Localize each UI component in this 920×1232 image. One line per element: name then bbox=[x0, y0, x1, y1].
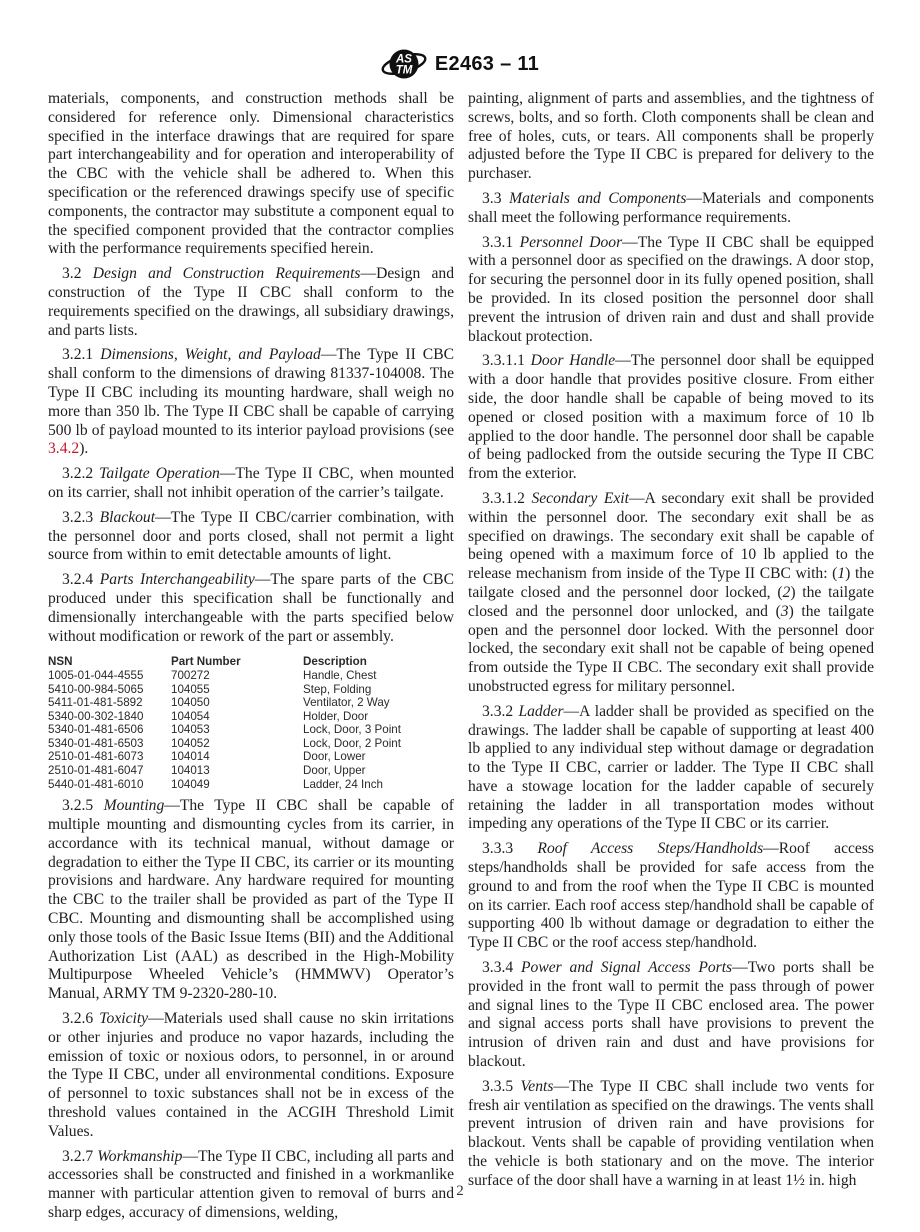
parts-table-cell: 5440-01-481-6010 bbox=[48, 778, 171, 792]
parts-table-cell: 5340-00-302-1840 bbox=[48, 710, 171, 724]
section-title-italic: Power and Signal Access Ports bbox=[521, 959, 732, 976]
document-body: materials, components, and construction … bbox=[48, 90, 874, 1223]
section-3-3-2-paragraph: 3.3.2 Ladder—A ladder shall be provided … bbox=[468, 703, 874, 835]
continuation-paragraph: materials, components, and construction … bbox=[48, 90, 454, 259]
body-text: 3.3 bbox=[482, 190, 509, 207]
parts-table-row: 5340-00-302-1840104054Holder, Door bbox=[48, 710, 454, 724]
section-title-italic: Door Handle bbox=[531, 352, 616, 369]
section-3-2-6-paragraph: 3.2.6 Toxicity—Materials used shall caus… bbox=[48, 1010, 454, 1142]
parts-table-cell: 104049 bbox=[171, 778, 303, 792]
continuation-paragraph: painting, alignment of parts and assembl… bbox=[468, 90, 874, 184]
parts-table-cell: 104054 bbox=[171, 710, 303, 724]
body-text: 3.2.5 bbox=[62, 797, 104, 814]
section-title-italic: Dimensions, Weight, and Payload bbox=[100, 346, 321, 363]
section-title-italic: Toxicity bbox=[99, 1010, 148, 1027]
parts-table-cell: 5410-00-984-5065 bbox=[48, 683, 171, 697]
section-title-italic: Mounting bbox=[104, 797, 165, 814]
body-text: ). bbox=[79, 440, 88, 457]
parts-table-cell: 5340-01-481-6503 bbox=[48, 737, 171, 751]
section-title-italic: Vents bbox=[521, 1078, 554, 1095]
body-text: 3.2.2 bbox=[62, 465, 99, 482]
parts-table-cell: 104055 bbox=[171, 683, 303, 697]
body-text: materials, components, and construction … bbox=[48, 90, 454, 257]
parts-table-cell: 1005-01-044-4555 bbox=[48, 669, 171, 683]
body-text: 3.3.1.2 bbox=[482, 490, 531, 507]
document-page: AS TM E2463 – 11 materials, components, … bbox=[0, 0, 920, 1232]
parts-table-cell: 104050 bbox=[171, 696, 303, 710]
body-text: 3.2 bbox=[62, 265, 93, 282]
parts-table-row: 2510-01-481-6047104013Door, Upper bbox=[48, 764, 454, 778]
section-title-italic: Blackout bbox=[100, 509, 155, 526]
parts-table-header-cell: Description bbox=[303, 655, 454, 669]
section-3-3-1-1-paragraph: 3.3.1.1 Door Handle—The personnel door s… bbox=[468, 352, 874, 484]
section-3-2-5-paragraph: 3.2.5 Mounting—The Type II CBC shall be … bbox=[48, 797, 454, 1004]
astm-logo-text-bottom: TM bbox=[396, 65, 413, 77]
section-3-2-4-paragraph: 3.2.4 Parts Interchangeability—The spare… bbox=[48, 571, 454, 646]
parts-table-cell: Ventilator, 2 Way bbox=[303, 696, 454, 710]
parts-table-cell: 2510-01-481-6073 bbox=[48, 750, 171, 764]
page-number: 2 bbox=[456, 1183, 464, 1199]
parts-table-cell: Lock, Door, 2 Point bbox=[303, 737, 454, 751]
parts-table-header-cell: NSN bbox=[48, 655, 171, 669]
right-column: painting, alignment of parts and assembl… bbox=[468, 90, 874, 1223]
section-title-italic: 1 bbox=[837, 565, 845, 582]
section-title-italic: Personnel Door bbox=[520, 234, 623, 251]
body-text: 3.3.3 bbox=[482, 840, 537, 857]
parts-table: NSNPart NumberDescription1005-01-044-455… bbox=[48, 655, 454, 791]
body-text: 3.3.1.1 bbox=[482, 352, 531, 369]
body-text: —The personnel door shall be equipped wi… bbox=[468, 352, 874, 482]
section-title-italic: Roof Access Steps/Handholds bbox=[537, 840, 763, 857]
section-3-3-3-paragraph: 3.3.3 Roof Access Steps/Handholds—Roof a… bbox=[468, 840, 874, 953]
parts-table-cell: 5411-01-481-5892 bbox=[48, 696, 171, 710]
page-header: AS TM E2463 – 11 bbox=[0, 44, 920, 84]
body-text: 3.3.2 bbox=[482, 703, 518, 720]
parts-table-cell: Holder, Door bbox=[303, 710, 454, 724]
cross-reference-link[interactable]: 3.4.2 bbox=[48, 440, 79, 457]
parts-table-cell: 104053 bbox=[171, 723, 303, 737]
parts-table-row: 5440-01-481-6010104049Ladder, 24 Inch bbox=[48, 778, 454, 792]
section-3-3-paragraph: 3.3 Materials and Components—Materials a… bbox=[468, 190, 874, 228]
body-text: —A ladder shall be provided as specified… bbox=[468, 703, 874, 833]
parts-table-cell: 2510-01-481-6047 bbox=[48, 764, 171, 778]
parts-table-row: 5340-01-481-6503104052Lock, Door, 2 Poin… bbox=[48, 737, 454, 751]
parts-table-row: 1005-01-044-4555700272Handle, Chest bbox=[48, 669, 454, 683]
parts-table-cell: Step, Folding bbox=[303, 683, 454, 697]
section-3-3-1-2-paragraph: 3.3.1.2 Secondary Exit—A secondary exit … bbox=[468, 490, 874, 697]
parts-table-cell: Ladder, 24 Inch bbox=[303, 778, 454, 792]
document-code: E2463 – 11 bbox=[435, 53, 539, 76]
parts-table-cell: 104014 bbox=[171, 750, 303, 764]
body-text: painting, alignment of parts and assembl… bbox=[468, 90, 874, 182]
body-text: 3.2.7 bbox=[62, 1148, 97, 1165]
parts-table-row: 5411-01-481-5892104050Ventilator, 2 Way bbox=[48, 696, 454, 710]
parts-table-row: 2510-01-481-6073104014Door, Lower bbox=[48, 750, 454, 764]
parts-table-header-row: NSNPart NumberDescription bbox=[48, 655, 454, 669]
parts-table-cell: 5340-01-481-6506 bbox=[48, 723, 171, 737]
page-footer: 2 bbox=[0, 1183, 920, 1200]
parts-table-cell: 104052 bbox=[171, 737, 303, 751]
body-text: 3.2.6 bbox=[62, 1010, 99, 1027]
body-text: 3.3.4 bbox=[482, 959, 521, 976]
body-text: 3.2.3 bbox=[62, 509, 100, 526]
section-3-3-4-paragraph: 3.3.4 Power and Signal Access Ports—Two … bbox=[468, 959, 874, 1072]
section-3-3-1-paragraph: 3.3.1 Personnel Door—The Type II CBC sha… bbox=[468, 234, 874, 347]
parts-table-cell: Handle, Chest bbox=[303, 669, 454, 683]
section-title-italic: Parts Interchangeability bbox=[100, 571, 255, 588]
section-title-italic: Tailgate Operation bbox=[99, 465, 220, 482]
parts-table-cell: 700272 bbox=[171, 669, 303, 683]
section-3-3-5-paragraph: 3.3.5 Vents—The Type II CBC shall includ… bbox=[468, 1078, 874, 1191]
section-title-italic: Design and Construction Requirements bbox=[93, 265, 361, 282]
body-text: 3.2.4 bbox=[62, 571, 100, 588]
section-3-2-2-paragraph: 3.2.2 Tailgate Operation—The Type II CBC… bbox=[48, 465, 454, 503]
section-title-italic: Materials and Components bbox=[509, 190, 686, 207]
body-text: —The Type II CBC shall be capable of mul… bbox=[48, 797, 454, 1002]
body-text: 3.3.1 bbox=[482, 234, 520, 251]
section-3-2-1-paragraph: 3.2.1 Dimensions, Weight, and Payload—Th… bbox=[48, 346, 454, 459]
section-title-italic: Secondary Exit bbox=[531, 490, 629, 507]
body-text: —Materials used shall cause no skin irri… bbox=[48, 1010, 454, 1140]
parts-table-row: 5410-00-984-5065104055Step, Folding bbox=[48, 683, 454, 697]
parts-table-cell: Lock, Door, 3 Point bbox=[303, 723, 454, 737]
parts-table-cell: Door, Upper bbox=[303, 764, 454, 778]
astm-logo-icon: AS TM bbox=[381, 44, 427, 84]
parts-table-cell: Door, Lower bbox=[303, 750, 454, 764]
section-3-2-3-paragraph: 3.2.3 Blackout—The Type II CBC/carrier c… bbox=[48, 509, 454, 565]
body-text: 3.3.5 bbox=[482, 1078, 521, 1095]
section-3-2-paragraph: 3.2 Design and Construction Requirements… bbox=[48, 265, 454, 340]
parts-table-header-cell: Part Number bbox=[171, 655, 303, 669]
section-title-italic: Ladder bbox=[518, 703, 563, 720]
section-title-italic: Workmanship bbox=[97, 1148, 182, 1165]
body-text: 3.2.1 bbox=[62, 346, 100, 363]
left-column: materials, components, and construction … bbox=[48, 90, 454, 1223]
parts-table-cell: 104013 bbox=[171, 764, 303, 778]
section-title-italic: 3 bbox=[781, 603, 789, 620]
parts-table-row: 5340-01-481-6506104053Lock, Door, 3 Poin… bbox=[48, 723, 454, 737]
